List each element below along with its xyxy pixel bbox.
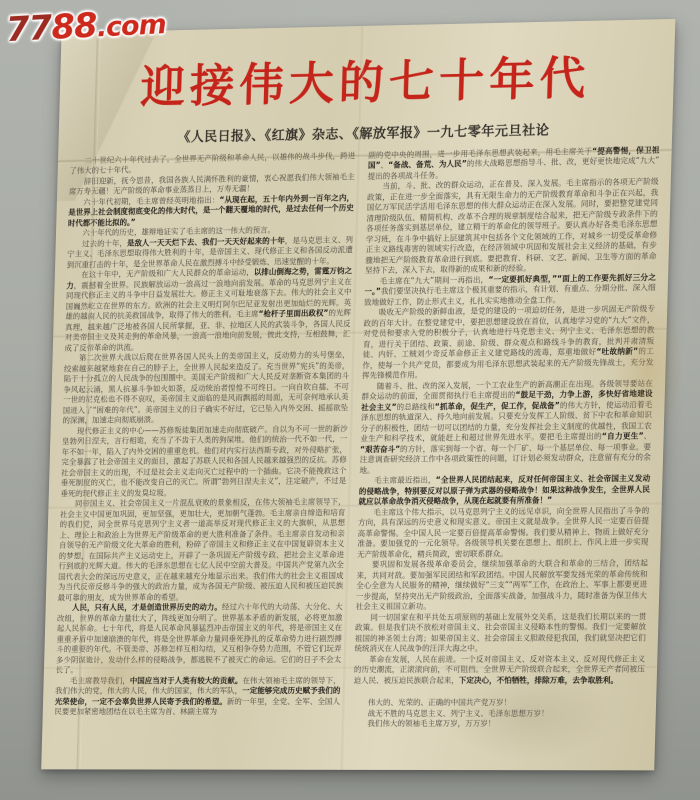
bold-text-segment: “备战、备荒、为人民” — [388, 159, 467, 169]
paper-stain — [442, 669, 616, 760]
site-watermark: 7788.com — [5, 2, 166, 50]
paper-corner-fold — [57, 31, 156, 202]
bold-text-segment: 人民，只有人民，才是创造世界历史的动力。 — [72, 602, 222, 611]
bold-text-segment: “艰苦奋斗” — [360, 444, 400, 453]
watermark-part-77: 77 — [5, 8, 52, 50]
text-segment: 过去的十年， — [82, 238, 127, 248]
text-segment: 毛主席这个伟大指示，以马克思列宁主义的远见卓识，向全世界人民指出了斗争的方向，具… — [357, 505, 649, 558]
body-paragraph: 同帝国主义、社会帝国主义一片混乱衰败的景象相反，在伟大领袖毛主席领导下，社会主义… — [58, 497, 346, 603]
poster-title: 迎接伟大的七十年代 — [67, 51, 666, 113]
text-segment: 当前，斗、批、改的群众运动，正在普及、深入发展。毛主席指示的各项无产阶级政策，正… — [365, 177, 659, 275]
bold-text-segment: “枪杆子里面出政权” — [258, 308, 328, 318]
text-segment: 同一切国家在和平共处五项原则的基础上发展外交关系，这是我们长期以来的一贯政策。但… — [354, 611, 646, 652]
text-segment: 在这十年中，无产阶级和广大人民群众的革命运动， — [81, 268, 254, 279]
body-paragraph: 毛主席这个伟大指示，以马克思列宁主义的远见卓识，向全世界人民指出了斗争的方向，具… — [357, 505, 649, 560]
poster-paper: 迎接伟大的七十年代 《人民日报》、《红旗》杂志、《解放军报》一九七零年元旦社论 … — [41, 19, 675, 771]
body-paragraph: 过去的十年，是敌人一天天烂下去、我们一天天好起来的十年，是马克思主义、列宁主义、… — [67, 235, 353, 271]
text-segment: 的总路线和 — [396, 402, 434, 411]
text-segment: 第二次世界大战以后爬在世界各国人民头上的美帝国主义，反动势力的头号堡垒，绞索越来… — [62, 350, 349, 425]
watermark-part-88: 88 — [50, 5, 97, 47]
text-segment: 毛主席最近指出， — [374, 475, 436, 484]
body-paragraph: 当前，斗、批、改的群众运动，正在普及、深入发展。毛主席指示的各项无产阶级政策，正… — [365, 177, 659, 277]
body-paragraph: 随着斗、批、改的深入发展，一个工农业生产的新高潮正在出现。各级领导要站在群众运动… — [359, 378, 653, 476]
text-segment: 我们要坚决执行毛主席这个极其重要的指示，有计划、有重点、分期分批、深入细致地做好… — [364, 283, 656, 307]
text-segment: 要巩固和发展各级革命委员会，继续加强革命的大联合和革命的三结合，团结起来，共同对… — [356, 558, 648, 610]
bold-text-segment: “抓革命，促生产，促工作，促战备” — [435, 400, 560, 410]
body-paragraph: 在这十年中，无产阶级和广大人民群众的革命运动，以排山倒海之势，雷霆万钧之力，震撼… — [64, 266, 352, 353]
body-paragraph: 第二次世界大战以后爬在世界各国人民头上的美帝国主义，反动势力的头号堡垒，绞索越来… — [62, 350, 349, 426]
text-segment: 现代修正主义的中心——苏修叛徒集团加速走向彻底破产。自以为不可一世的新沙皇勃列日… — [60, 424, 347, 498]
body-paragraph: 毛主席在“九大”期间一再指出，“一定要抓好典型，”“面上的工作要先抓好三分之一。… — [364, 272, 656, 308]
body-paragraph: 吸收无产阶级的新鲜血液，是党的建设的一项迫切任务，是进一步巩固无产阶级专政的百年… — [362, 304, 655, 381]
text-segment: 的方针，落实到每一个省、每一个厂矿、每一个基层单位、每一项事业。要注意调查研究经… — [359, 442, 651, 475]
body-column-right: 副的党中央的周围，进一步用毛泽东思想武装起来，用毛主席关于“提高警惕，保卫祖国”… — [352, 145, 660, 737]
text-segment: 同帝国主义、社会帝国主义一片混乱衰败的景象相反，在伟大领袖毛主席领导下，社会主义… — [58, 497, 346, 602]
body-paragraph: 现代修正主义的中心——苏修叛徒集团加速走向彻底破产。自以为不可一世的新沙皇勃列日… — [60, 424, 347, 500]
body-paragraph: 要巩固和发展各级革命委员会，继续加强革命的大联合和革命的三结合，团结起来，共同对… — [356, 558, 648, 612]
body-paragraph: 同一切国家在和平共处五项原则的基础上发展外交关系，这是我们长期以来的一贯政策。但… — [354, 611, 646, 654]
photo-background: 7788.com 迎接伟大的七十年代 《人民日报》、《红旗》杂志、《解放军报》一… — [0, 0, 700, 800]
bold-text-segment: 是敌人一天天烂下去、我们一天天好起来的十年 — [127, 236, 285, 247]
text-segment: 毛主席在“九大”期间一再指出， — [380, 275, 489, 286]
watermark-part-com: .com — [96, 9, 166, 44]
